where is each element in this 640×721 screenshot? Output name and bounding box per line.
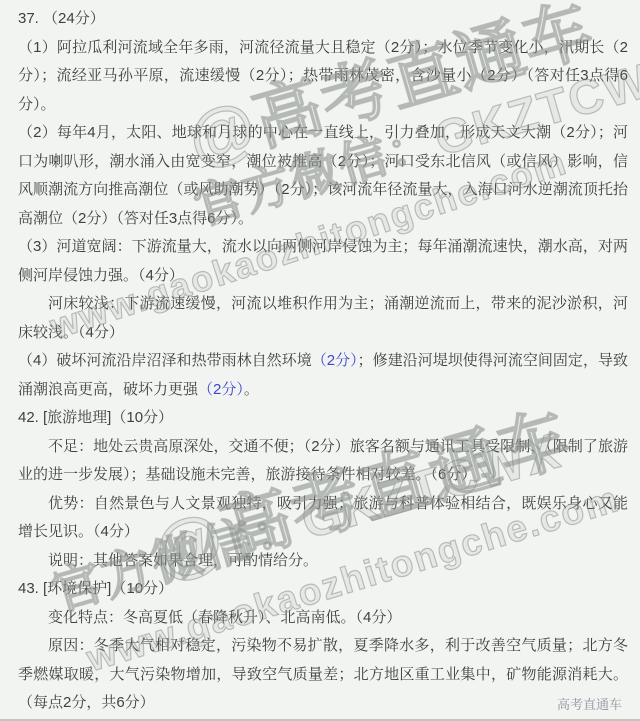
q37-answer-part1: （1）阿拉瓜利河流域全年多雨，河流径流量大且稳定（2分）；水位季节变化小，汛期长… [18, 34, 628, 120]
q37-answer-part4: （4）破坏河流沿岸沼泽和热带雨林自然环境（2分）；修建沿河堤坝使得河流空间固定，… [18, 347, 628, 404]
document-body: 37. （24分） （1）阿拉瓜利河流域全年多雨，河流径流量大且稳定（2分）；水… [0, 0, 640, 718]
q43-answer-reasons: 原因：冬季大气相对稳定，污染物不易扩散，夏季降水多，利于改善空气质量；北方冬季燃… [18, 632, 628, 718]
q42-answer-advantages: 优势：自然景色与人文景观独特，吸引力强；旅游与科普体验相结合，既娱乐身心又能增长… [18, 490, 628, 547]
q42-answer-shortcomings: 不足：地处云贵高原深处，交通不便；（2分）旅客名额与通讯工具受限制，（限制了旅游… [18, 433, 628, 490]
q37-heading: 37. （24分） [18, 5, 628, 34]
answer-key-page: 37. （24分） （1）阿拉瓜利河流域全年多雨，河流径流量大且稳定（2分）；水… [0, 0, 640, 721]
q37-part4-segment: 。 [244, 381, 259, 398]
q37-answer-part3-wide-channel: （3）河道宽阔：下游流量大，流水以向两侧河岸侵蚀为主；每年涌潮流速快，潮水高，对… [18, 233, 628, 290]
q43-heading: 43. [环境保护]（10分） [18, 575, 628, 604]
q37-part4-score-highlight: （2分） [312, 352, 358, 369]
q37-answer-part3-shallow-bed: 河床较浅：下游流速缓慢，河流以堆积作用为主；涌潮逆流而上，带来的泥沙淤积，河床较… [18, 290, 628, 347]
q42-heading: 42. [旅游地理]（10分） [18, 404, 628, 433]
q42-answer-note: 说明：其他答案如果合理，可酌情给分。 [18, 547, 628, 576]
q43-answer-variation: 变化特点：冬高夏低（春降秋升）、北高南低。（4分） [18, 604, 628, 633]
q37-answer-part2: （2）每年4月，太阳、地球和月球的中心在一直线上，引力叠加，形成天文大潮（2分）… [18, 119, 628, 233]
q37-part4-score-highlight: （2分） [198, 381, 244, 398]
q37-part4-segment: （4）破坏河流沿岸沼泽和热带雨林自然环境 [18, 352, 312, 369]
footer-brand-label: 高考直通车 [557, 694, 622, 713]
